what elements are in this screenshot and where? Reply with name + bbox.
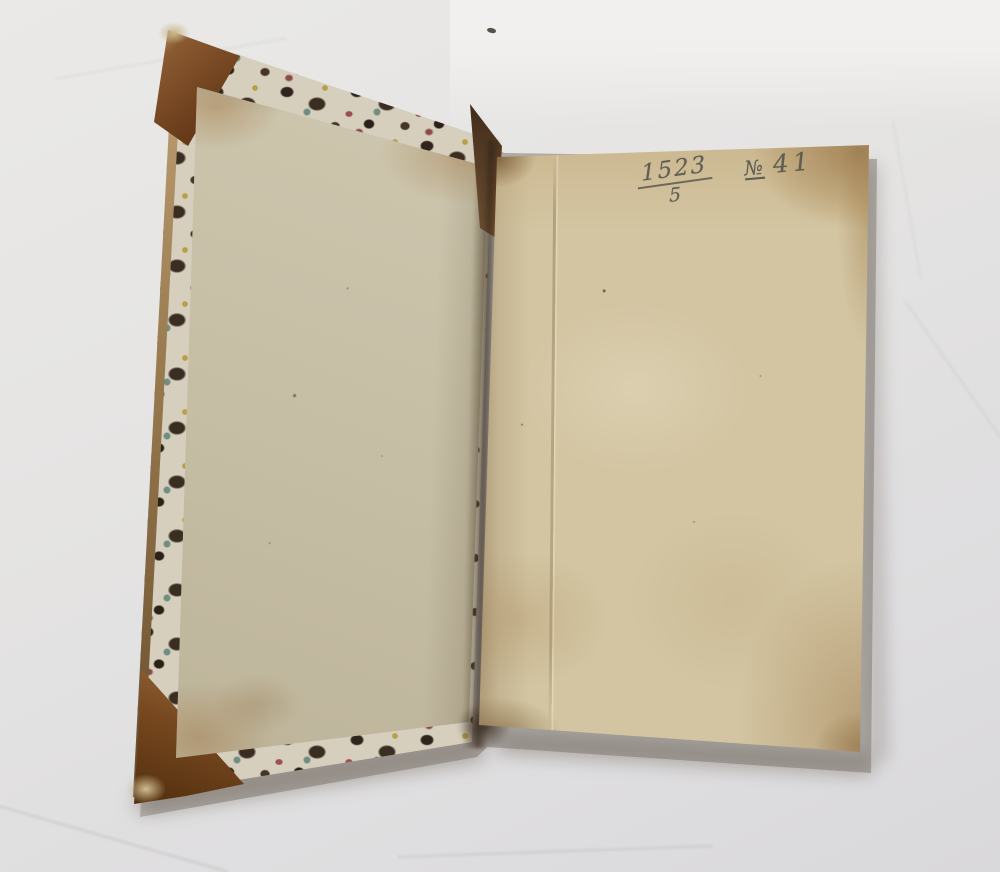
- background-highlight: [450, 0, 1000, 125]
- background-crease: [398, 845, 713, 858]
- corner-wear-bottom: [126, 774, 166, 804]
- numero-annotation: №41: [742, 147, 813, 182]
- background-crease: [904, 300, 1000, 465]
- numero-number: 41: [771, 147, 813, 179]
- pastedown-endpaper: [176, 87, 488, 758]
- photo-open-antique-book: 1523 5 №41: [0, 0, 1000, 872]
- shelfmark-fraction: 1523 5: [637, 155, 713, 210]
- right-blank-page: 1523 5 №41: [479, 145, 870, 753]
- background-crease: [892, 121, 922, 279]
- handwritten-inscription: 1523 5 №41: [635, 142, 816, 209]
- background-crease: [0, 802, 229, 872]
- corner-wear-top: [158, 22, 190, 44]
- page-fold-crease: [548, 155, 556, 740]
- numero-sign: №: [743, 155, 765, 181]
